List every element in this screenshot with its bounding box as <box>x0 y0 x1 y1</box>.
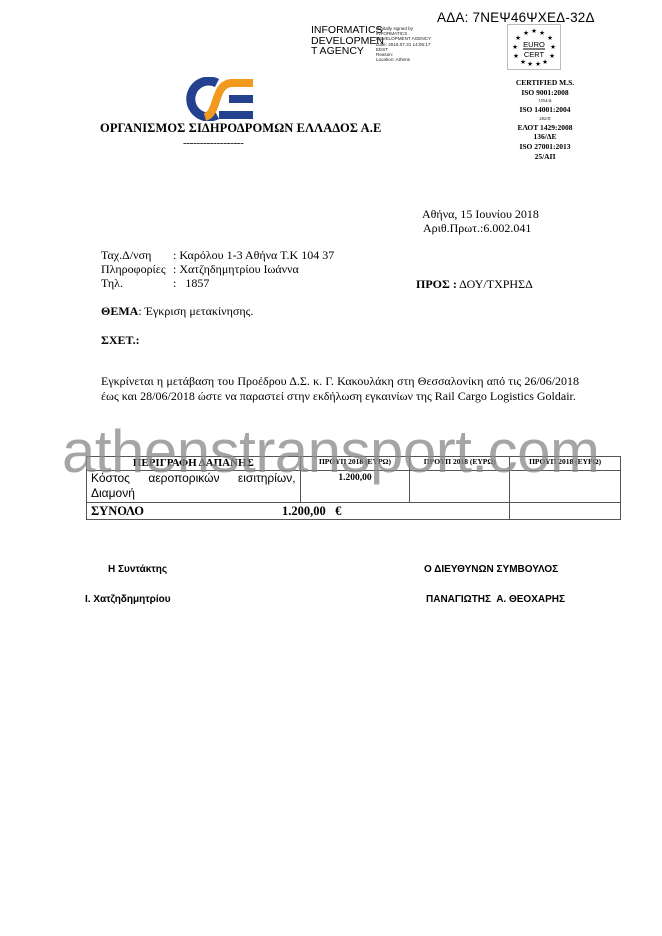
info-label: Πληροφορίες <box>101 262 173 276</box>
svg-text:★: ★ <box>531 27 537 35</box>
svg-text:★: ★ <box>550 43 556 51</box>
address-row: Ταχ.Δ/νση : Καρόλου 1-3 Αθήνα Τ.Κ 104 37 <box>101 248 334 262</box>
svg-text:EURO: EURO <box>523 40 545 49</box>
table-header-row: ΠΕΡΙΓΡΑΦΗ ΔΑΠΑΝΗΣ ΠΡΟΥΠ 2018 (ΕΥΡΩ) ΠΡΟΥ… <box>87 457 621 471</box>
total-value: 1.200,00 € <box>282 503 341 519</box>
date-block: Αθήνα, 15 Ιουνίου 2018 Αριθ.Πρωτ.:6.002.… <box>422 207 539 235</box>
certification-line: 1554/Δ <box>490 97 600 105</box>
ada-code: ΑΔΑ: 7ΝΕΨ46ΨΧΕΔ-32Δ <box>437 10 595 25</box>
phone-row: Τηλ. : 1857 <box>101 276 334 290</box>
expense-amount: 1.200,00 <box>300 471 410 503</box>
svg-text:★: ★ <box>535 60 541 68</box>
ceo-name: ΠΑΝΑΓΙΩΤΗΣ Α. ΘΕΟΧΑΡΗΣ <box>426 594 565 605</box>
column-header: ΠΡΟΥΠ 2018 (ΕΥΡΩ) <box>510 457 621 471</box>
certification-line: ISO 27001:2013 <box>490 142 600 152</box>
certification-line: ΕΛΟΤ 1429:2008 <box>490 123 600 133</box>
table-row: Κόστος αεροπορικών εισιτηρίων, Διαμονή 1… <box>87 471 621 503</box>
document-date: Αθήνα, 15 Ιουνίου 2018 <box>422 207 539 221</box>
certifications-list: CERTIFIED M.S.ISO 9001:20081554/ΔISO 140… <box>490 78 600 161</box>
subject-value: : Έγκριση μετακίνησης. <box>138 304 253 318</box>
total-last-cell <box>510 503 621 520</box>
phone-label: Τηλ. <box>101 276 173 290</box>
subject-label: ΘΕΜΑ <box>101 304 138 318</box>
svg-text:CERT: CERT <box>524 50 545 59</box>
column-header: ΠΡΟΥΠ 2018 (ΕΥΡΩ) <box>300 457 410 471</box>
recipient-label: ΠΡΟΣ : <box>416 277 457 291</box>
svg-text:★: ★ <box>547 34 553 42</box>
expense-description: Κόστος αεροπορικών εισιτηρίων, Διαμονή <box>87 471 301 503</box>
certification-line: 136/ΔΕ <box>490 132 600 142</box>
recipient-value: ΔΟΥ/ΤΧΡΗΣΔ <box>457 277 533 291</box>
total-cell: ΣΥΝΟΛΟ1.200,00 € <box>87 503 510 520</box>
signer-line: T AGENCY <box>311 46 384 57</box>
signature-line: DEVELOPMENT AGENCY <box>376 36 431 41</box>
phone-value: : 1857 <box>173 276 209 290</box>
digital-signature-details: Digitally signed by INFORMATICS DEVELOPM… <box>376 26 431 62</box>
svg-text:★: ★ <box>539 29 545 37</box>
expense-amount <box>510 471 621 503</box>
svg-text:★: ★ <box>520 58 526 66</box>
eurocert-stars-logo-icon: ★★★ ★★ ★★ ★★ ★★ ★★ EURO CERT <box>507 24 561 70</box>
svg-text:★: ★ <box>549 52 555 60</box>
certification-line: ISO 14001:2004 <box>490 105 600 115</box>
reference-label: ΣΧΕΤ.: <box>101 333 140 348</box>
address-value: : Καρόλου 1-3 Αθήνα Τ.Κ 104 37 <box>173 248 334 262</box>
certification-line: 282/Π <box>490 115 600 123</box>
body-paragraph: Εγκρίνεται η μετάβαση του Προέδρου Δ.Σ. … <box>101 374 579 403</box>
signer-name: INFORMATICS DEVELOPMEN T AGENCY <box>311 25 384 57</box>
organization-name: ΟΡΓΑΝΙΣΜΟΣ ΣΙΔΗΡΟΔΡΟΜΩΝ ΕΛΛΑΔΟΣ Α.Ε <box>100 121 381 136</box>
ose-logo-icon <box>183 77 259 121</box>
svg-text:★: ★ <box>527 60 533 68</box>
column-header: ΠΕΡΙΓΡΑΦΗ ΔΑΠΑΝΗΣ <box>87 457 301 471</box>
recipient: ΠΡΟΣ : ΔΟΥ/ΤΧΡΗΣΔ <box>416 277 533 292</box>
svg-text:★: ★ <box>513 52 519 60</box>
info-row: Πληροφορίες : Χατζηδημητρίου Ιωάννα <box>101 262 334 276</box>
total-row: ΣΥΝΟΛΟ1.200,00 € <box>87 503 621 520</box>
svg-text:★: ★ <box>523 29 529 37</box>
organization-underline: ------------------ <box>183 137 244 149</box>
svg-text:★: ★ <box>542 58 548 66</box>
certification-line: 25/ΑΠ <box>490 152 600 162</box>
svg-text:★: ★ <box>515 34 521 42</box>
protocol-number: Αριθ.Πρωτ.:6.002.041 <box>422 221 539 235</box>
expense-amount <box>410 471 510 503</box>
column-header: ΠΡΟΥΠ 2018 (ΕΥΡΩ) <box>410 457 510 471</box>
author-title: Η Συντάκτης <box>108 564 167 575</box>
expense-table: ΠΕΡΙΓΡΑΦΗ ΔΑΠΑΝΗΣ ΠΡΟΥΠ 2018 (ΕΥΡΩ) ΠΡΟΥ… <box>86 456 621 520</box>
signer-line: INFORMATICS <box>311 25 384 36</box>
total-label: ΣΥΝΟΛΟ <box>91 503 144 519</box>
ceo-title: Ο ΔΙΕΥΘΥΝΩΝ ΣΥΜΒΟΥΛΟΣ <box>424 564 558 575</box>
svg-text:★: ★ <box>512 43 518 51</box>
certification-line: ISO 9001:2008 <box>490 88 600 98</box>
address-label: Ταχ.Δ/νση <box>101 248 173 262</box>
info-value: : Χατζηδημητρίου Ιωάννα <box>173 262 299 276</box>
certification-line: CERTIFIED M.S. <box>490 78 600 88</box>
signature-line: Location: Athens <box>376 57 431 62</box>
author-name: Ι. Χατζηδημητρίου <box>85 594 171 605</box>
contact-info: Ταχ.Δ/νση : Καρόλου 1-3 Αθήνα Τ.Κ 104 37… <box>101 248 334 291</box>
subject: ΘΕΜΑ: Έγκριση μετακίνησης. <box>101 304 253 319</box>
